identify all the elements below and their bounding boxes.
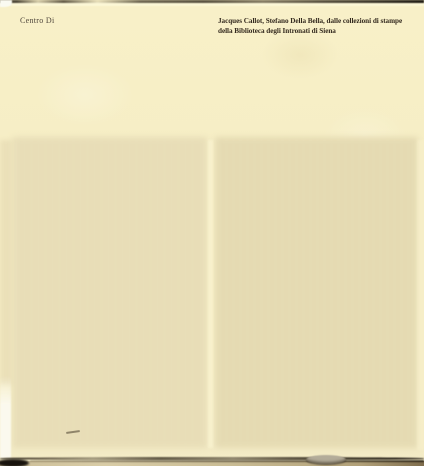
publisher-imprint: Centro Di xyxy=(20,16,54,25)
bottom-pebble-highlight xyxy=(306,455,346,464)
cover-fold-crease xyxy=(208,140,213,448)
cover-left-edge-shading xyxy=(0,140,12,385)
top-edge-shadow xyxy=(0,0,424,3)
book-title: Jacques Callot, Stefano Della Bella, dal… xyxy=(218,16,402,36)
book-title-line2: della Biblioteca degli Intronati di Sien… xyxy=(218,26,402,36)
bottom-edge-shadow-secondary xyxy=(30,460,424,462)
book-cover-photo: Centro Di Jacques Callot, Stefano Della … xyxy=(0,0,424,466)
cover-left-panel xyxy=(13,137,207,448)
book-title-line1: Jacques Callot, Stefano Della Bella, dal… xyxy=(218,16,402,26)
page-edge-white-strip xyxy=(0,376,11,458)
cover-right-edge-highlight xyxy=(417,140,424,450)
bottom-left-corner-shadow xyxy=(0,459,29,466)
cover-right-panel xyxy=(215,137,418,448)
